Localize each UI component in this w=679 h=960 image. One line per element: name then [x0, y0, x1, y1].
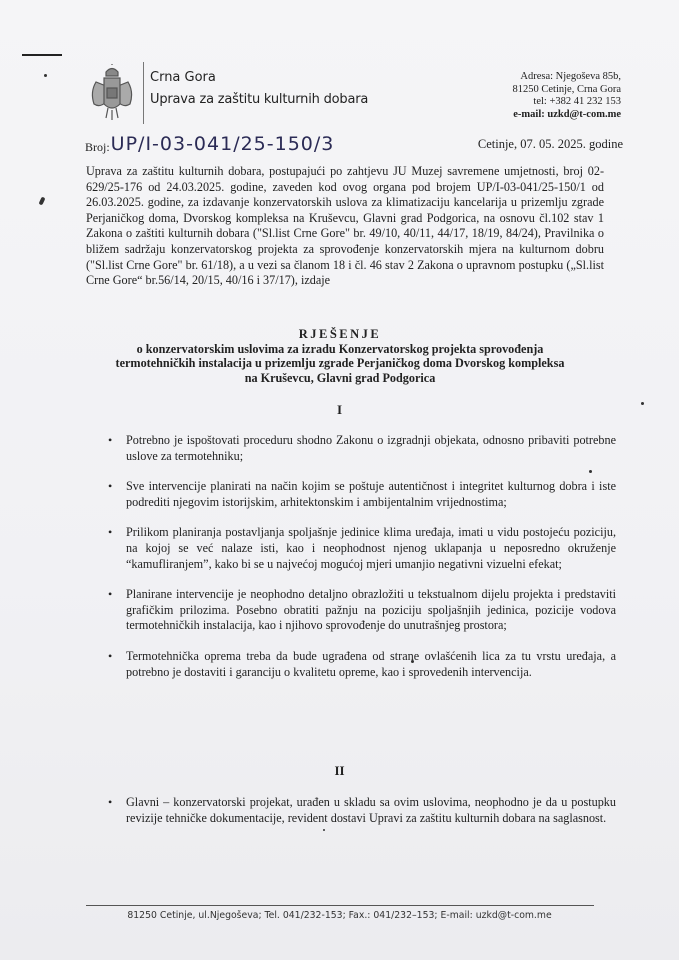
reference-label: Broj: [85, 140, 110, 155]
section-number-i: I [0, 402, 679, 418]
footer-divider [86, 905, 594, 906]
list-item-text: Glavni – konzervatorski projekat, urađen… [126, 795, 616, 825]
section-i-list: • Potrebno je ispoštovati proceduru shod… [110, 433, 616, 695]
montenegro-coat-of-arms-icon [88, 64, 136, 122]
address-line: Adresa: Njegoševa 85b, [513, 71, 621, 84]
address-line: 81250 Cetinje, Crna Gora [513, 84, 621, 97]
list-item-text: Potrebno je ispoštovati proceduru shodno… [126, 433, 616, 463]
document-date: Cetinje, 07. 05. 2025. godine [478, 137, 623, 152]
list-item-text: Planirane intervencije je neophodno deta… [126, 587, 616, 632]
scan-speck [38, 197, 45, 206]
list-item: • Prilikom planiranja postavljanja spolj… [110, 525, 616, 572]
list-item: • Sve intervencije planirati na način ko… [110, 479, 616, 510]
address-block: Adresa: Njegoševa 85b, 81250 Cetinje, Cr… [513, 71, 621, 121]
title-line: o konzervatorskim uslovima za izradu Kon… [60, 342, 620, 357]
bullet-icon: • [108, 433, 112, 449]
address-line: tel: +382 41 232 153 [513, 96, 621, 109]
list-item: • Potrebno je ispoštovati proceduru shod… [110, 433, 616, 464]
list-item: • Planirane intervencije je neophodno de… [110, 587, 616, 634]
decision-title: RJEŠENJE o konzervatorskim uslovima za i… [60, 327, 620, 385]
bullet-icon: • [108, 649, 112, 665]
title-main: RJEŠENJE [60, 327, 620, 342]
title-line: na Kruševcu, Glavni grad Podgorica [60, 371, 620, 386]
bullet-icon: • [108, 795, 112, 811]
section-ii-list: • Glavni – konzervatorski projekat, urađ… [110, 795, 616, 841]
handwritten-reference: UP/I-03-041/25-150/3 [111, 133, 335, 155]
bullet-icon: • [108, 587, 112, 603]
organization-name: Uprava za zaštitu kulturnih dobara [150, 92, 368, 107]
list-item-text: Prilikom planiranja postavljanja spoljaš… [126, 525, 616, 570]
country-name: Crna Gora [150, 70, 216, 85]
section-number-ii: II [0, 763, 679, 779]
footer-contact: 81250 Cetinje, ul.Njegoševa; Tel. 041/23… [0, 910, 679, 921]
reference-number: Broj: UP/I-03-041/25-150/3 [85, 133, 334, 155]
intro-paragraph: Uprava za zaštitu kulturnih dobara, post… [86, 164, 604, 289]
list-item: • Termotehnička oprema treba da bude ugr… [110, 649, 616, 680]
bullet-icon: • [108, 479, 112, 495]
header-divider [143, 62, 144, 124]
email-line: e-mail: uzkd@t-com.me [513, 109, 621, 122]
bullet-icon: • [108, 525, 112, 541]
list-item-text: Sve intervencije planirati na način koji… [126, 479, 616, 509]
title-line: termotehničkih instalacija u prizemlju z… [60, 356, 620, 371]
scan-speck [44, 74, 47, 77]
list-item: • Glavni – konzervatorski projekat, urađ… [110, 795, 616, 826]
scan-mark [22, 54, 62, 56]
document-page: Crna Gora Uprava za zaštitu kulturnih do… [0, 0, 679, 960]
list-item-text: Termotehnička oprema treba da bude ugrađ… [126, 649, 616, 679]
